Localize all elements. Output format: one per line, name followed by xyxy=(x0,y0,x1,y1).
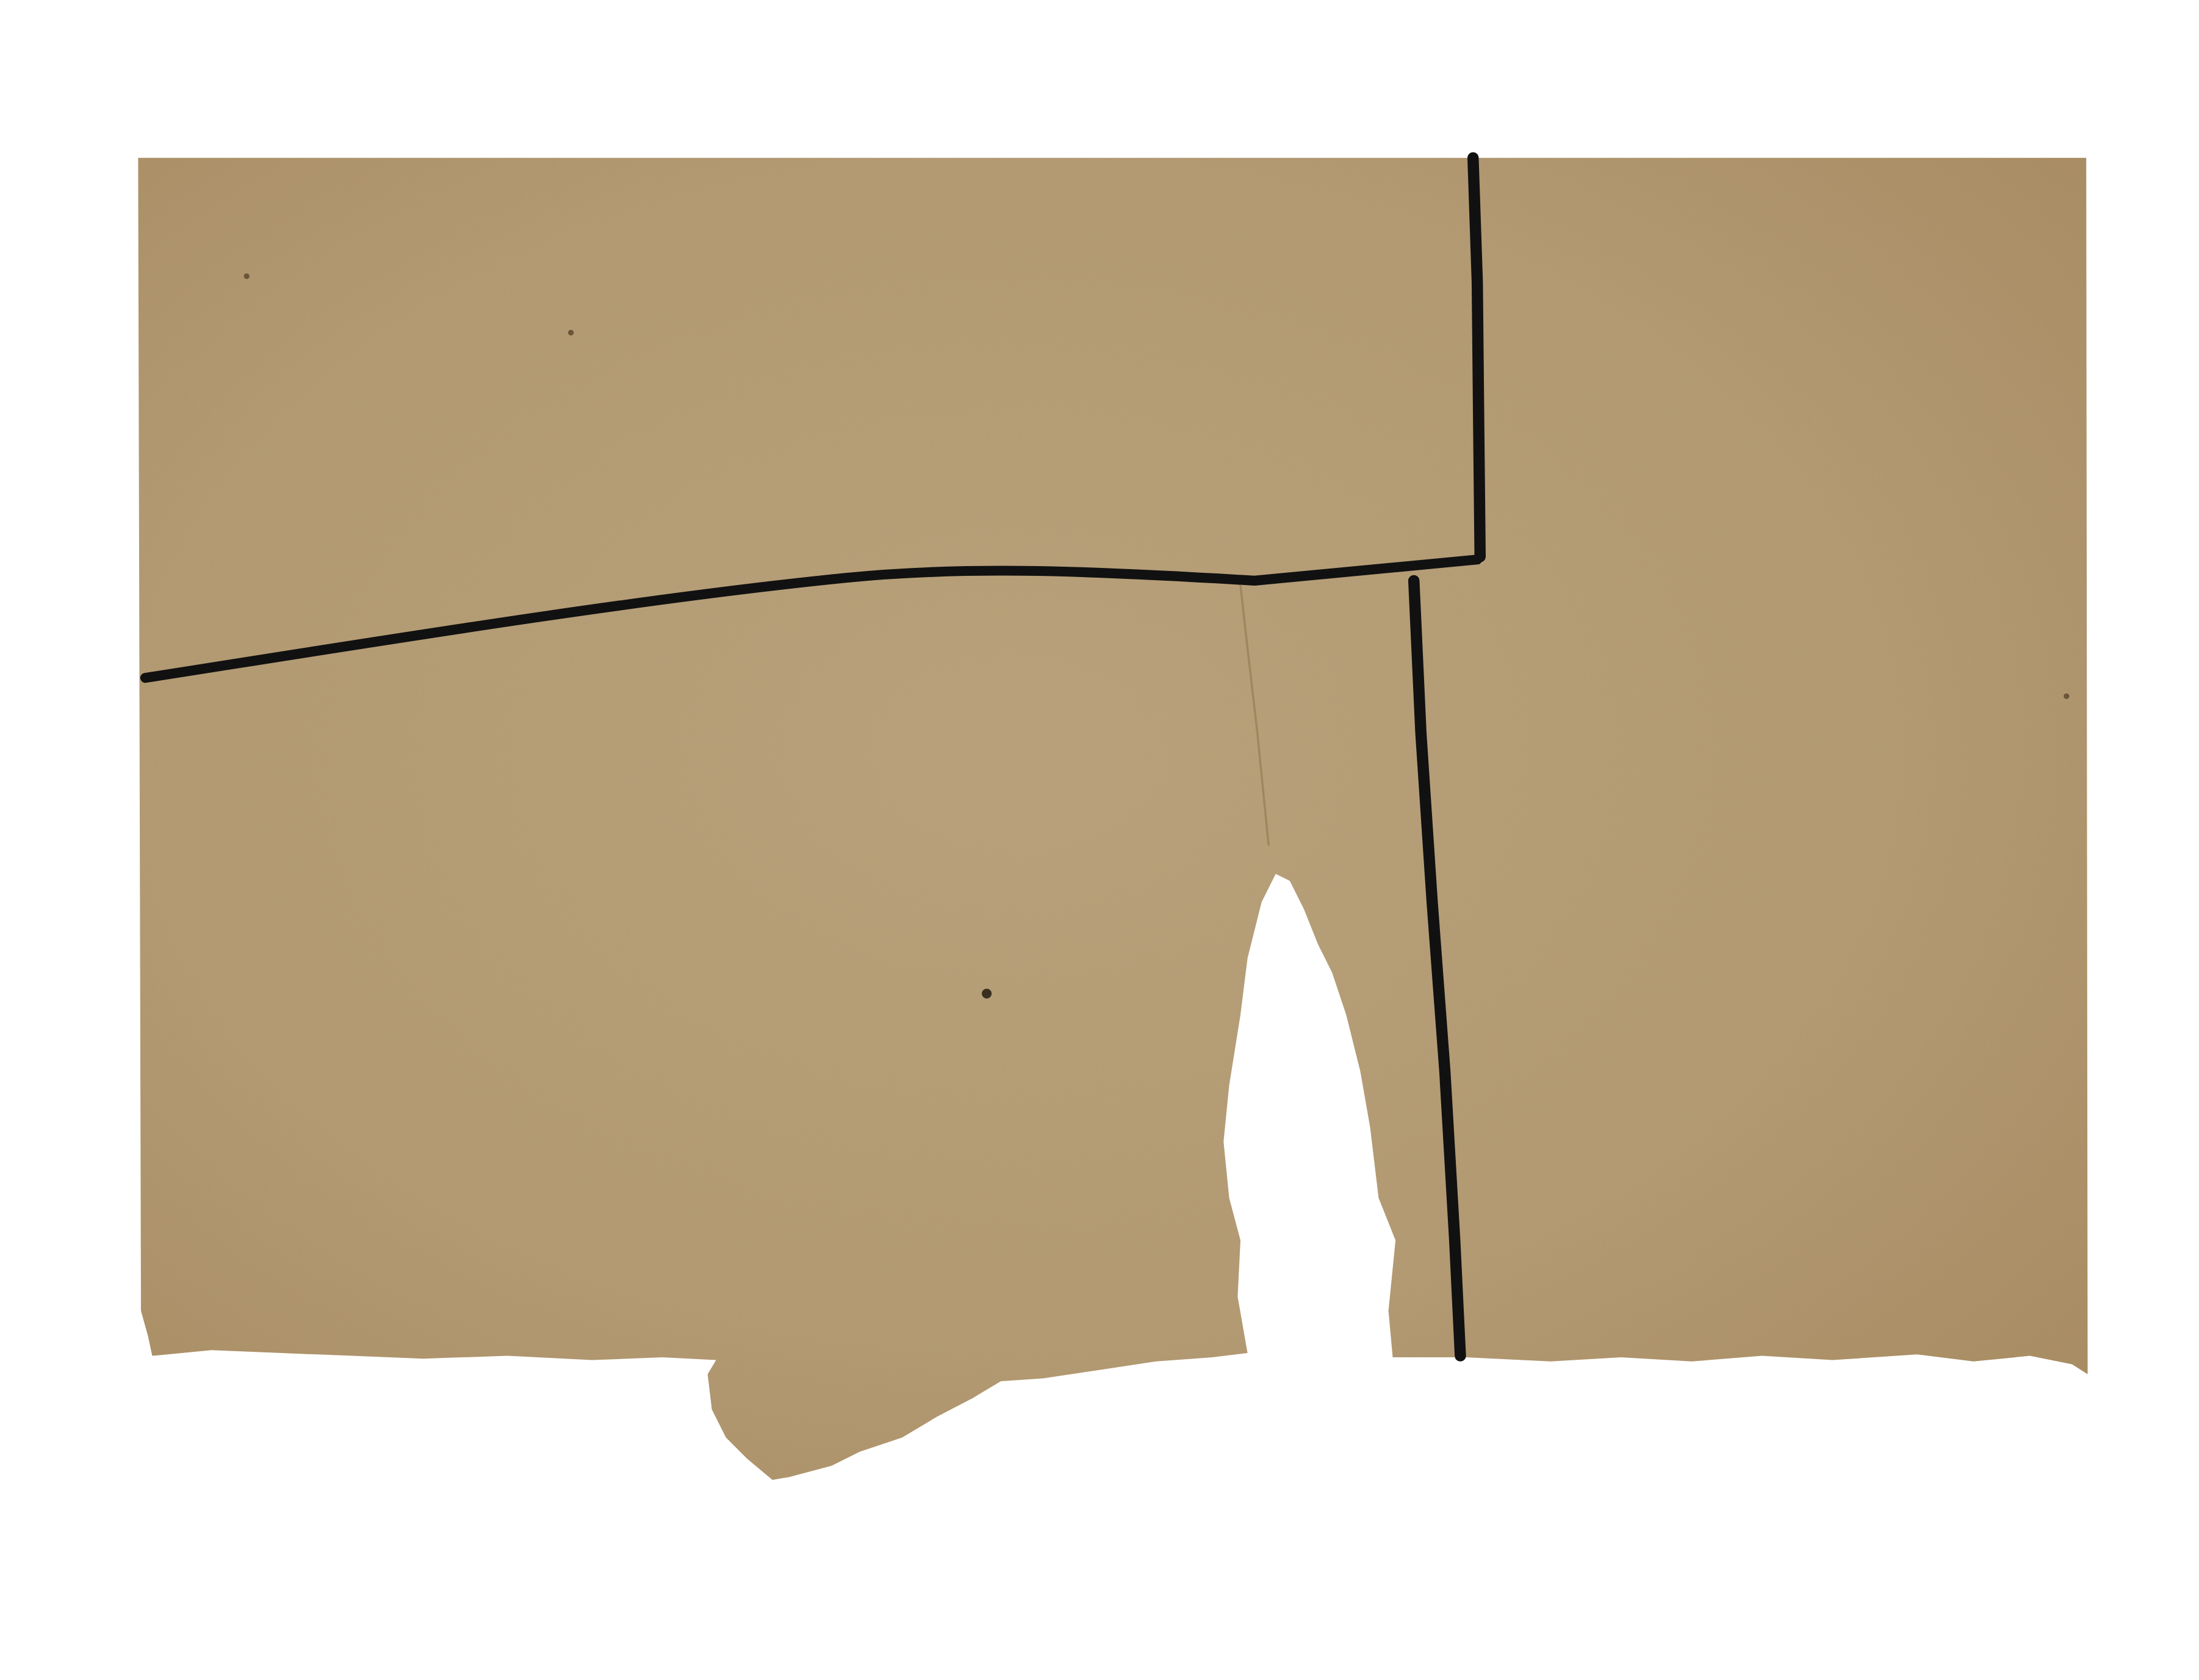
artwork-image xyxy=(0,0,2199,1680)
paper-speck xyxy=(244,273,250,279)
paper-speck xyxy=(2064,694,2069,699)
charcoal-line-vertical-upper xyxy=(1473,158,1480,557)
paper-speck xyxy=(568,330,574,336)
paper-speck xyxy=(982,989,992,999)
artwork-canvas: Charcoal lines drawn on aged torn brown … xyxy=(0,0,2199,1680)
